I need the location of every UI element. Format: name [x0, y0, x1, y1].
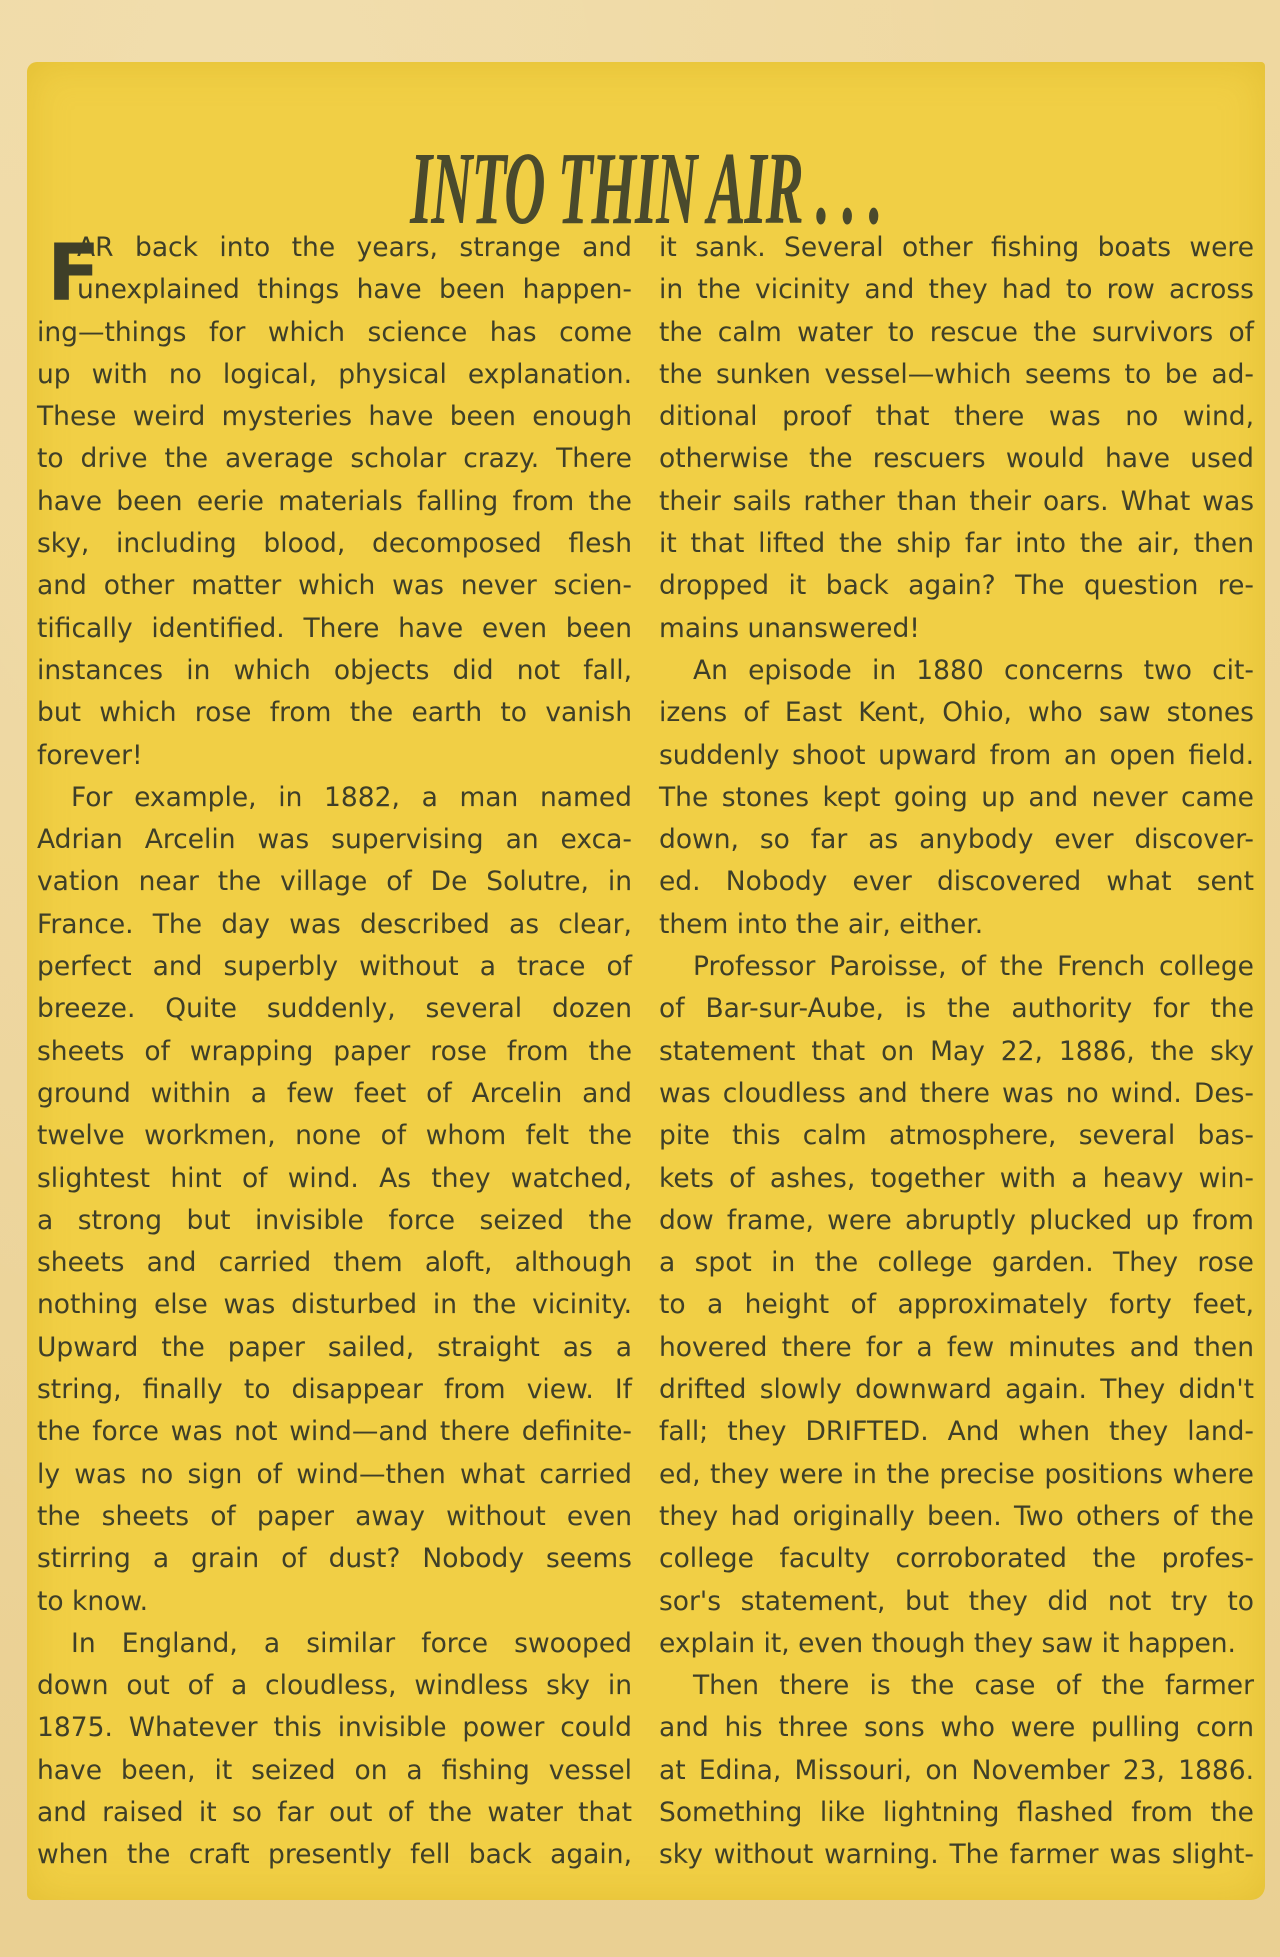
text-line: fall; they DRIFTED. And when they land- — [659, 1411, 1254, 1453]
text-line: sky without warning. The farmer was slig… — [659, 1834, 1254, 1876]
text-line: sor's statement, but they did not try to — [659, 1581, 1254, 1623]
text-line: to drive the average scholar crazy. Ther… — [37, 438, 632, 480]
text-line: it that lifted the ship far into the air… — [659, 523, 1254, 565]
text-line: down, so far as anybody ever discover- — [659, 819, 1254, 861]
text-line: For example, in 1882, a man named — [37, 777, 632, 819]
text-line: instances in which objects did not fall, — [37, 650, 632, 692]
text-line: when the craft presently fell back again… — [37, 1834, 632, 1876]
drop-cap: F — [47, 235, 100, 313]
text-line: ing—things for which science has come — [37, 312, 632, 354]
text-line: in the vicinity and they had to row acro… — [659, 269, 1254, 311]
text-line: the sheets of paper away without even — [37, 1496, 632, 1538]
text-line: France. The day was described as clear, — [37, 904, 632, 946]
text-line: sheets and carried them aloft, although — [37, 1242, 632, 1284]
text-line: tifically identified. There have even be… — [37, 608, 632, 650]
text-line: at Edina, Missouri, on November 23, 1886… — [659, 1750, 1254, 1792]
text-line: sky, including blood, decomposed flesh — [37, 523, 632, 565]
text-line: twelve workmen, none of whom felt the — [37, 1115, 632, 1157]
text-line: explain it, even though they saw it happ… — [659, 1623, 1254, 1665]
text-line: they had originally been. Two others of … — [659, 1496, 1254, 1538]
text-line: nothing else was disturbed in the vicini… — [37, 1284, 632, 1326]
text-line: vation near the village of De Solutre, i… — [37, 861, 632, 903]
text-line: Upward the paper sailed, straight as a — [37, 1327, 632, 1369]
text-line: down out of a cloudless, windless sky in — [37, 1665, 632, 1707]
article-panel: INTO THIN AIR . . . F AR back into the y… — [27, 62, 1265, 1900]
text-line: but which rose from the earth to vanish — [37, 692, 632, 734]
text-line: Something like lightning flashed from th… — [659, 1792, 1254, 1834]
text-line: izens of East Kent, Ohio, who saw stones — [659, 692, 1254, 734]
text-line: ed. Nobody ever discovered what sent — [659, 861, 1254, 903]
text-line: 1875. Whatever this invisible power coul… — [37, 1707, 632, 1749]
text-line: The stones kept going up and never came — [659, 777, 1254, 819]
text-line: pite this calm atmosphere, several bas- — [659, 1115, 1254, 1157]
text-line: to a height of approximately forty feet, — [659, 1284, 1254, 1326]
text-line: statement that on May 22, 1886, the sky — [659, 1031, 1254, 1073]
text-line: was cloudless and there was no wind. Des… — [659, 1073, 1254, 1115]
text-line: ly was no sign of wind—then what carried — [37, 1454, 632, 1496]
text-line: unexplained things have been happen- — [37, 269, 632, 311]
text-line: An episode in 1880 concerns two cit- — [659, 650, 1254, 692]
text-line: string, finally to disappear from view. … — [37, 1369, 632, 1411]
right-column: it sank. Several other fishing boats wer… — [659, 227, 1254, 1877]
text-line: college faculty corroborated the profes- — [659, 1538, 1254, 1580]
text-line: These weird mysteries have been enough — [37, 396, 632, 438]
text-line: drifted slowly downward again. They didn… — [659, 1369, 1254, 1411]
text-line: ground within a few feet of Arcelin and — [37, 1073, 632, 1115]
text-line: it sank. Several other fishing boats wer… — [659, 227, 1254, 269]
text-line: forever! — [37, 735, 632, 777]
text-line: mains unanswered! — [659, 608, 1254, 650]
text-line: AR back into the years, strange and — [37, 227, 632, 269]
text-line: and raised it so far out of the water th… — [37, 1792, 632, 1834]
text-line: and his three sons who were pulling corn — [659, 1707, 1254, 1749]
text-line: them into the air, either. — [659, 904, 1254, 946]
left-column: F AR back into the years, strange andune… — [37, 227, 632, 1877]
text-line: stirring a grain of dust? Nobody seems — [37, 1538, 632, 1580]
text-line: and other matter which was never scien- — [37, 565, 632, 607]
text-line: to know. — [37, 1581, 632, 1623]
text-line: kets of ashes, together with a heavy win… — [659, 1158, 1254, 1200]
text-line: sheets of wrapping paper rose from the — [37, 1031, 632, 1073]
text-line: dow frame, were abruptly plucked up from — [659, 1200, 1254, 1242]
text-line: dropped it back again? The question re- — [659, 565, 1254, 607]
text-line: have been, it seized on a fishing vessel — [37, 1750, 632, 1792]
text-line: the calm water to rescue the survivors o… — [659, 312, 1254, 354]
text-line: perfect and superbly without a trace of — [37, 946, 632, 988]
text-line: hovered there for a few minutes and then — [659, 1327, 1254, 1369]
text-line: the sunken vessel—which seems to be ad- — [659, 354, 1254, 396]
text-line: of Bar-sur-Aube, is the authority for th… — [659, 988, 1254, 1030]
text-line: suddenly shoot upward from an open field… — [659, 735, 1254, 777]
text-line: Adrian Arcelin was supervising an exca- — [37, 819, 632, 861]
text-line: otherwise the rescuers would have used — [659, 438, 1254, 480]
text-line: ed, they were in the precise positions w… — [659, 1454, 1254, 1496]
text-line: have been eerie materials falling from t… — [37, 481, 632, 523]
text-line: a spot in the college garden. They rose — [659, 1242, 1254, 1284]
text-line: ditional proof that there was no wind, — [659, 396, 1254, 438]
text-line: a strong but invisible force seized the — [37, 1200, 632, 1242]
text-line: their sails rather than their oars. What… — [659, 481, 1254, 523]
text-line: up with no logical, physical explanation… — [37, 354, 632, 396]
text-line: the force was not wind—and there definit… — [37, 1411, 632, 1453]
text-line: Then there is the case of the farmer — [659, 1665, 1254, 1707]
text-line: slightest hint of wind. As they watched, — [37, 1158, 632, 1200]
text-line: breeze. Quite suddenly, several dozen — [37, 988, 632, 1030]
text-line: Professor Paroisse, of the French colleg… — [659, 946, 1254, 988]
text-line: In England, a similar force swooped — [37, 1623, 632, 1665]
